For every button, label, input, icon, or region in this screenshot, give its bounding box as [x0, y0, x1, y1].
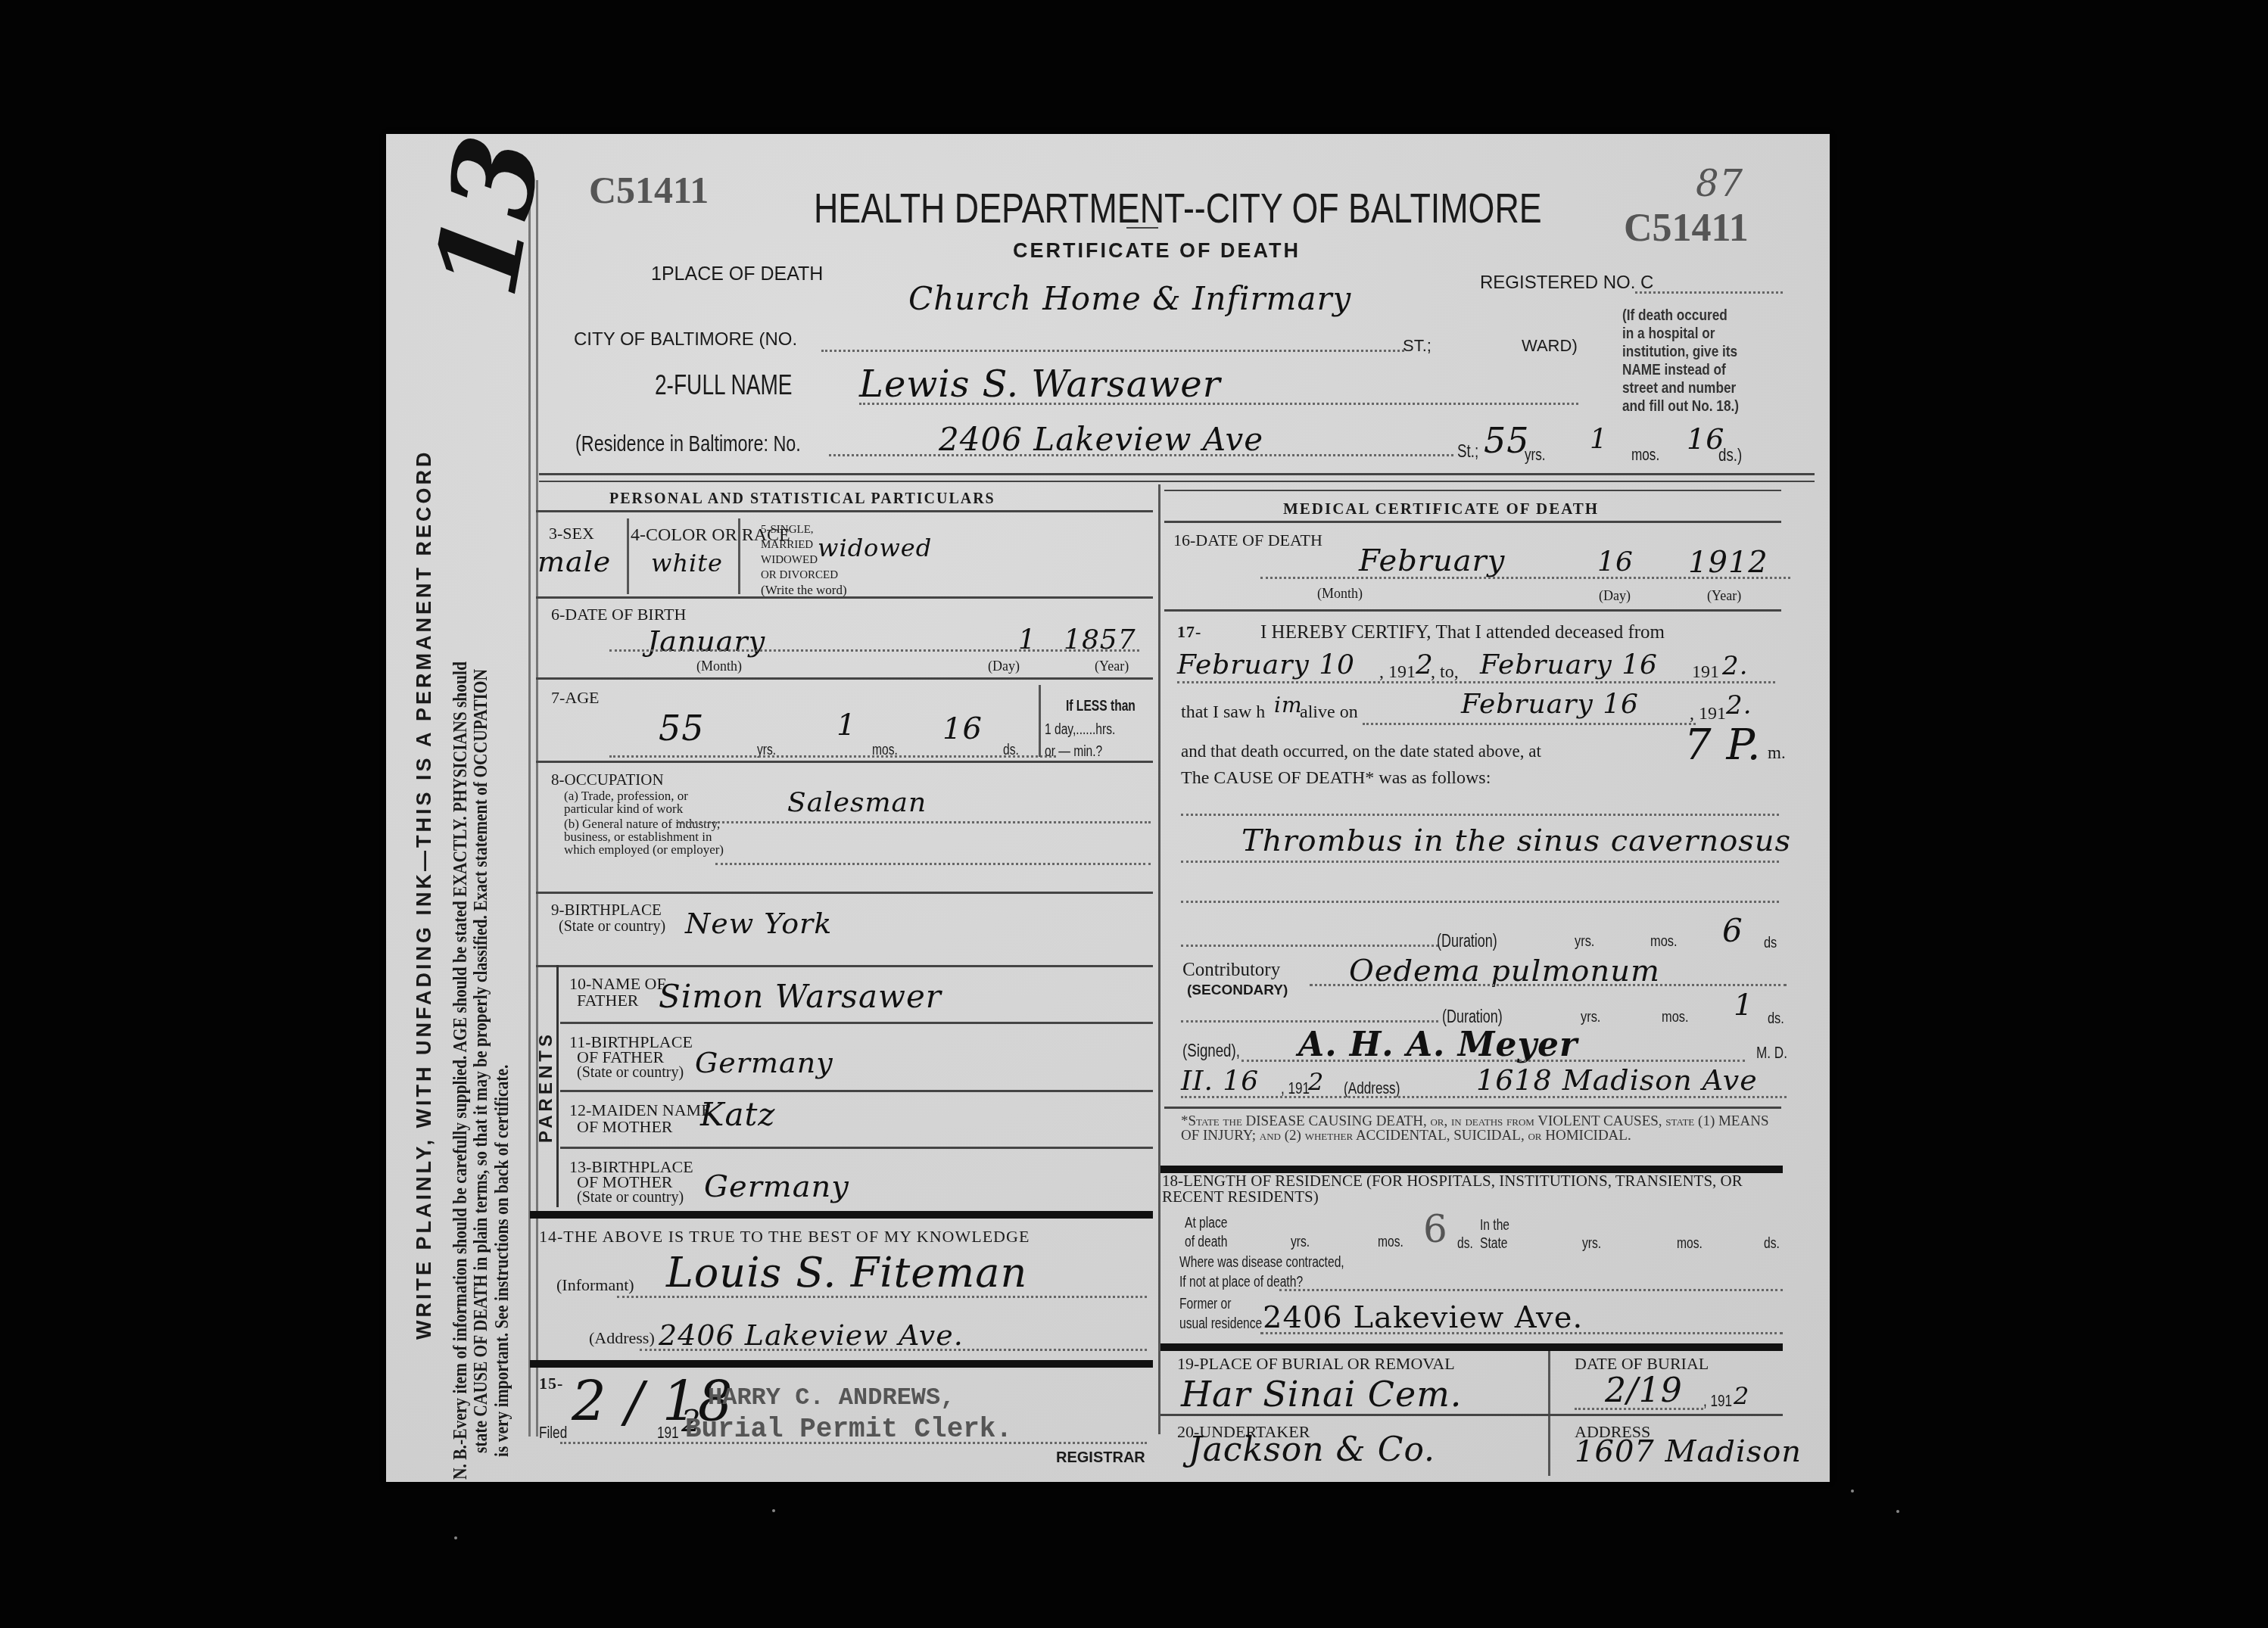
- informant-value[interactable]: Louis S. Fiteman: [666, 1249, 1027, 1296]
- ward-label: WARD): [1522, 337, 1578, 355]
- residence-days-label: ds.): [1718, 445, 1742, 466]
- burial-date-year-prefix: , 191: [1703, 1391, 1732, 1411]
- cause-field-2: [1181, 861, 1779, 863]
- father-name-value[interactable]: Simon Warsawer: [659, 978, 942, 1015]
- residence-field: [829, 454, 1453, 456]
- cause-of-death-value[interactable]: Thrombus in the sinus cavernosus: [1241, 823, 1791, 858]
- age-field: [609, 755, 1056, 758]
- margin-note-line3: is very important. See instructions on b…: [492, 1065, 513, 1457]
- handwritten-page-number: 87: [1696, 163, 1743, 205]
- row-divider: [536, 761, 1153, 763]
- corner-mark: 13: [419, 127, 558, 304]
- signed-label: (Signed),: [1182, 1041, 1240, 1062]
- saw-alive-suffix: alive on: [1300, 702, 1358, 723]
- at-place-days-label: ds.: [1457, 1235, 1473, 1253]
- certificate-number-left: C51411: [589, 168, 709, 212]
- saw-alive-pronoun[interactable]: im: [1274, 693, 1303, 718]
- undertaker-address-value[interactable]: 1607 Madison: [1575, 1434, 1802, 1469]
- row-divider: [1160, 1414, 1783, 1416]
- age-label: 7-AGE: [551, 689, 600, 707]
- header-divider: [539, 481, 1815, 482]
- former-residence-value[interactable]: 2406 Lakeview Ave.: [1263, 1300, 1583, 1335]
- informant-address-label: (Address): [589, 1329, 655, 1347]
- sex-value[interactable]: male: [537, 545, 611, 578]
- section-divider: [530, 1211, 1153, 1219]
- father-birthplace-value[interactable]: Germany: [695, 1046, 833, 1079]
- birthplace-hint: (State or country): [559, 917, 665, 935]
- burial-date-year-suffix[interactable]: 2: [1734, 1381, 1749, 1410]
- attended-from-value[interactable]: February 10: [1177, 649, 1355, 680]
- residence-years-value[interactable]: 55: [1484, 420, 1530, 461]
- document-title: HEALTH DEPARTMENT--CITY OF BALTIMORE: [814, 183, 1542, 232]
- background-speck: [1851, 1489, 1854, 1493]
- mother-birthplace-value[interactable]: Germany: [704, 1169, 849, 1204]
- year-caption: (Year): [1095, 657, 1129, 675]
- saw-alive-date[interactable]: February 16: [1461, 689, 1639, 720]
- personal-section-title: PERSONAL AND STATISTICAL PARTICULARS: [609, 490, 995, 508]
- primary-duration-days-value[interactable]: 6: [1722, 912, 1743, 949]
- registrar-label: REGISTRAR: [1056, 1449, 1145, 1467]
- center-divider: [1158, 484, 1160, 1434]
- filed-year-prefix: 191: [657, 1423, 679, 1443]
- row-divider: [560, 1147, 1153, 1149]
- medical-section-title: MEDICAL CERTIFICATE OF DEATH: [1283, 500, 1599, 518]
- row-divider: [1164, 609, 1781, 612]
- secondary-duration-field: [1181, 1020, 1438, 1023]
- physician-address-field: [1181, 1096, 1787, 1098]
- registrar-stamp-line2: Burial Permit Clerk.: [685, 1414, 1012, 1445]
- row-divider: [536, 892, 1153, 894]
- margin-rule: [528, 180, 531, 1437]
- certify-text: I HEREBY CERTIFY, That I attended deceas…: [1260, 622, 1665, 643]
- secondary-duration-mos-label: mos.: [1662, 1008, 1689, 1026]
- occupation-value[interactable]: Salesman: [787, 787, 927, 818]
- saw-alive-year-suffix[interactable]: 2.: [1726, 690, 1752, 721]
- less-than-day-line1: If LESS than: [1066, 698, 1136, 715]
- residence-years-label: yrs.: [1525, 445, 1546, 465]
- dod-day-value[interactable]: 16: [1597, 546, 1634, 577]
- burial-place-label: 19-PLACE OF BURIAL OR REMOVAL: [1177, 1355, 1455, 1373]
- cause-field-3: [1181, 901, 1779, 903]
- residence-label: (Residence in Baltimore: No.: [575, 431, 801, 457]
- in-state-mos-label: mos.: [1677, 1235, 1703, 1253]
- undertaker-value[interactable]: Jackson & Co.: [1189, 1430, 1435, 1469]
- place-of-death-label: 1PLACE OF DEATH: [651, 265, 823, 283]
- row-divider: [536, 677, 1153, 680]
- cause-of-death-label: The CAUSE OF DEATH* was as follows:: [1181, 768, 1491, 789]
- physician-address-value[interactable]: 1618 Madison Ave: [1476, 1063, 1758, 1097]
- certificate-number-right: C51411: [1624, 206, 1749, 251]
- at-place-mos-label: mos.: [1378, 1234, 1403, 1251]
- attended-to-year-prefix: 191: [1692, 662, 1719, 683]
- row-divider: [536, 965, 1153, 967]
- section-divider: [1160, 1343, 1783, 1351]
- registered-number-label: REGISTERED NO. C: [1480, 274, 1653, 292]
- informant-field: [617, 1296, 1147, 1298]
- primary-duration-label: (Duration): [1437, 931, 1497, 951]
- marital-label-1: 5-SINGLE,: [761, 522, 814, 537]
- former-residence-field: [1260, 1332, 1783, 1334]
- row-divider: [1164, 521, 1781, 523]
- sex-label: 3-SEX: [549, 525, 594, 543]
- cause-footnote: *State the DISEASE CAUSING DEATH, or, in…: [1181, 1114, 1787, 1143]
- informant-label: (Informant): [556, 1276, 634, 1294]
- at-place-yrs-label: yrs.: [1291, 1234, 1310, 1251]
- age-years-value[interactable]: 55: [659, 708, 705, 749]
- occupation-label: 8-OCCUPATION: [551, 770, 664, 789]
- full-name-label: 2-FULL NAME: [655, 369, 793, 401]
- marital-label-3: WIDOWED: [761, 553, 818, 568]
- attended-to-year-suffix[interactable]: 2.: [1722, 651, 1748, 681]
- race-value[interactable]: white: [651, 549, 723, 577]
- row-divider: [560, 1022, 1153, 1024]
- secondary-duration-days-value[interactable]: 1: [1734, 988, 1753, 1023]
- month-caption: (Month): [696, 657, 742, 675]
- in-state-days-label: ds.: [1764, 1235, 1780, 1253]
- death-time-suffix: m.: [1768, 743, 1786, 763]
- saw-alive-prefix: that I saw h: [1181, 702, 1265, 723]
- former-residence-label-1: Former or: [1179, 1296, 1231, 1313]
- less-than-day-line2: 1 day,......hrs.: [1045, 721, 1115, 739]
- residence-value[interactable]: 2406 Lakeview Ave: [939, 421, 1263, 458]
- residence-heading: 18-LENGTH OF RESIDENCE (FOR HOSPITALS, I…: [1162, 1173, 1783, 1205]
- death-time-value[interactable]: 7 P.: [1684, 721, 1762, 770]
- md-label: M. D.: [1756, 1043, 1787, 1063]
- dod-month-value[interactable]: February: [1359, 543, 1505, 578]
- former-residence-label-2: usual residence: [1179, 1315, 1262, 1333]
- cell-divider: [627, 518, 629, 594]
- section-divider: [530, 1360, 1153, 1368]
- mother-name-value[interactable]: Katz: [700, 1096, 775, 1133]
- informant-statement: 14-THE ABOVE IS TRUE TO THE BEST OF MY K…: [539, 1228, 1030, 1246]
- document-subtitle: CERTIFICATE OF DEATH: [1013, 239, 1301, 263]
- informant-address-field: [640, 1349, 1147, 1351]
- contributory-field: [1310, 984, 1787, 986]
- attended-from-year-prefix: , 191: [1379, 662, 1416, 683]
- father-name-label-2: FATHER: [577, 991, 639, 1010]
- dob-month-value[interactable]: January: [647, 624, 765, 658]
- parents-side-label: PARENTS: [536, 1031, 557, 1143]
- birthplace-label: 9-BIRTHPLACE: [551, 901, 662, 919]
- marital-status-value[interactable]: widowed: [818, 534, 932, 562]
- informant-address-value[interactable]: 2406 Lakeview Ave.: [659, 1318, 964, 1352]
- signed-field: [1241, 1060, 1745, 1062]
- primary-duration-yrs-label: yrs.: [1575, 932, 1594, 951]
- primary-duration-days-label: ds: [1764, 934, 1777, 952]
- dod-day-caption: (Day): [1599, 587, 1631, 605]
- in-state-yrs-label: yrs.: [1582, 1235, 1601, 1253]
- margin-rule: [536, 180, 538, 1437]
- primary-duration-mos-label: mos.: [1650, 932, 1678, 951]
- burial-date-field: [1575, 1408, 1703, 1410]
- day-caption: (Day): [988, 657, 1020, 675]
- full-name-value[interactable]: Lewis S. Warsawer: [859, 363, 1221, 406]
- hospital-note: (If death occured in a hospital or insti…: [1622, 307, 1740, 416]
- secondary-duration-days-label: ds.: [1768, 1010, 1784, 1028]
- residence-months-label: mos.: [1631, 445, 1659, 465]
- father-birthplace-hint: (State or country): [577, 1063, 684, 1082]
- death-time-text: and that death occurred, on the date sta…: [1181, 742, 1541, 761]
- contracted-label-1: Where was disease contracted,: [1179, 1254, 1344, 1272]
- attended-field: [1177, 681, 1775, 683]
- attended-to-value[interactable]: February 16: [1480, 649, 1658, 680]
- date-of-birth-label: 6-DATE OF BIRTH: [551, 605, 686, 624]
- registrar-stamp-line1: HARRY C. ANDREWS,: [708, 1384, 955, 1412]
- to-label: , to,: [1431, 662, 1459, 683]
- background-speck: [772, 1509, 775, 1512]
- secondary-duration-label: (Duration): [1442, 1007, 1503, 1027]
- occupation-a-hint: (a) Trade, profession, or particular kin…: [564, 789, 723, 815]
- city-label: CITY OF BALTIMORE (NO.: [574, 331, 797, 349]
- contracted-field: [1279, 1289, 1783, 1291]
- row-divider: [536, 596, 1153, 599]
- row-divider: [1164, 490, 1781, 491]
- burial-date-label: DATE OF BURIAL: [1575, 1355, 1709, 1373]
- burial-date-value[interactable]: 2/19: [1605, 1371, 1683, 1410]
- in-state-label-1: In the: [1480, 1217, 1509, 1234]
- row-divider: [560, 1090, 1153, 1092]
- filing-number-label: 15-: [539, 1374, 563, 1393]
- date-of-death-label: 16-DATE OF DEATH: [1173, 531, 1322, 549]
- header-divider: [539, 473, 1815, 475]
- age-months-value[interactable]: 1: [836, 708, 856, 742]
- dod-month-caption: (Month): [1317, 584, 1363, 602]
- signed-date[interactable]: II. 16: [1181, 1066, 1259, 1097]
- full-name-field: [859, 403, 1578, 405]
- mother-name-label-2: OF MOTHER: [577, 1118, 673, 1136]
- age-days-value[interactable]: 16: [942, 711, 983, 746]
- margin-note-line1: N. B.-Every item of information should b…: [450, 661, 472, 1480]
- primary-duration-field: [1181, 945, 1438, 947]
- at-place-label-2: of death: [1185, 1234, 1227, 1251]
- place-of-death-value[interactable]: Church Home & Infirmary: [908, 280, 1351, 317]
- marital-label-2: MARRIED: [761, 537, 813, 553]
- dod-field: [1260, 577, 1790, 579]
- row-divider: [1164, 1107, 1781, 1109]
- occupation-field-b: [715, 863, 1151, 865]
- registered-number-field: [1635, 291, 1783, 294]
- margin-instruction-main: WRITE PLAINLY, WITH UNFADING INK—THIS IS…: [413, 449, 436, 1340]
- signed-year-suffix[interactable]: 2: [1308, 1067, 1324, 1096]
- cell-divider: [738, 518, 740, 594]
- birthplace-value[interactable]: New York: [685, 907, 832, 940]
- occupation-field: [678, 821, 1151, 823]
- at-place-days-value[interactable]: 6: [1423, 1207, 1448, 1251]
- background-speck: [1896, 1510, 1899, 1513]
- less-than-day-line3: or — min.?: [1045, 743, 1102, 761]
- marital-label-4: OR DIVORCED: [761, 568, 838, 583]
- dod-year-caption: (Year): [1707, 587, 1741, 605]
- background-speck: [454, 1536, 457, 1539]
- street-label: ST.;: [1403, 337, 1432, 355]
- filed-label: Filed: [539, 1423, 567, 1443]
- dod-year-value[interactable]: 1912: [1688, 545, 1768, 580]
- cause-field-1: [1181, 814, 1779, 816]
- marital-label-5: (Write the word): [761, 583, 847, 598]
- saw-alive-field: [1363, 723, 1696, 725]
- contributory-label: Contributory: [1182, 960, 1280, 981]
- burial-place-value[interactable]: Har Sinai Cem.: [1181, 1374, 1462, 1415]
- title-divider: [1126, 227, 1158, 229]
- street-number-field[interactable]: [821, 350, 1404, 352]
- certify-number: 17-: [1177, 622, 1201, 642]
- secondary-label: (SECONDARY): [1187, 982, 1288, 999]
- mother-birthplace-hint: (State or country): [577, 1188, 684, 1206]
- cell-divider: [1039, 685, 1041, 757]
- margin-note-line2: state CAUSE OF DEATH in plain terms, so …: [471, 669, 492, 1453]
- dob-field: [609, 649, 1139, 652]
- physician-signature[interactable]: A. H. A. Meyer: [1298, 1026, 1578, 1064]
- secondary-duration-yrs-label: yrs.: [1581, 1008, 1600, 1026]
- residence-street-label: St.;: [1457, 441, 1478, 462]
- in-state-label-2: State: [1480, 1235, 1507, 1253]
- at-place-label-1: At place: [1185, 1215, 1227, 1232]
- residence-months-value[interactable]: 1: [1590, 424, 1608, 455]
- row-divider: [536, 510, 1153, 512]
